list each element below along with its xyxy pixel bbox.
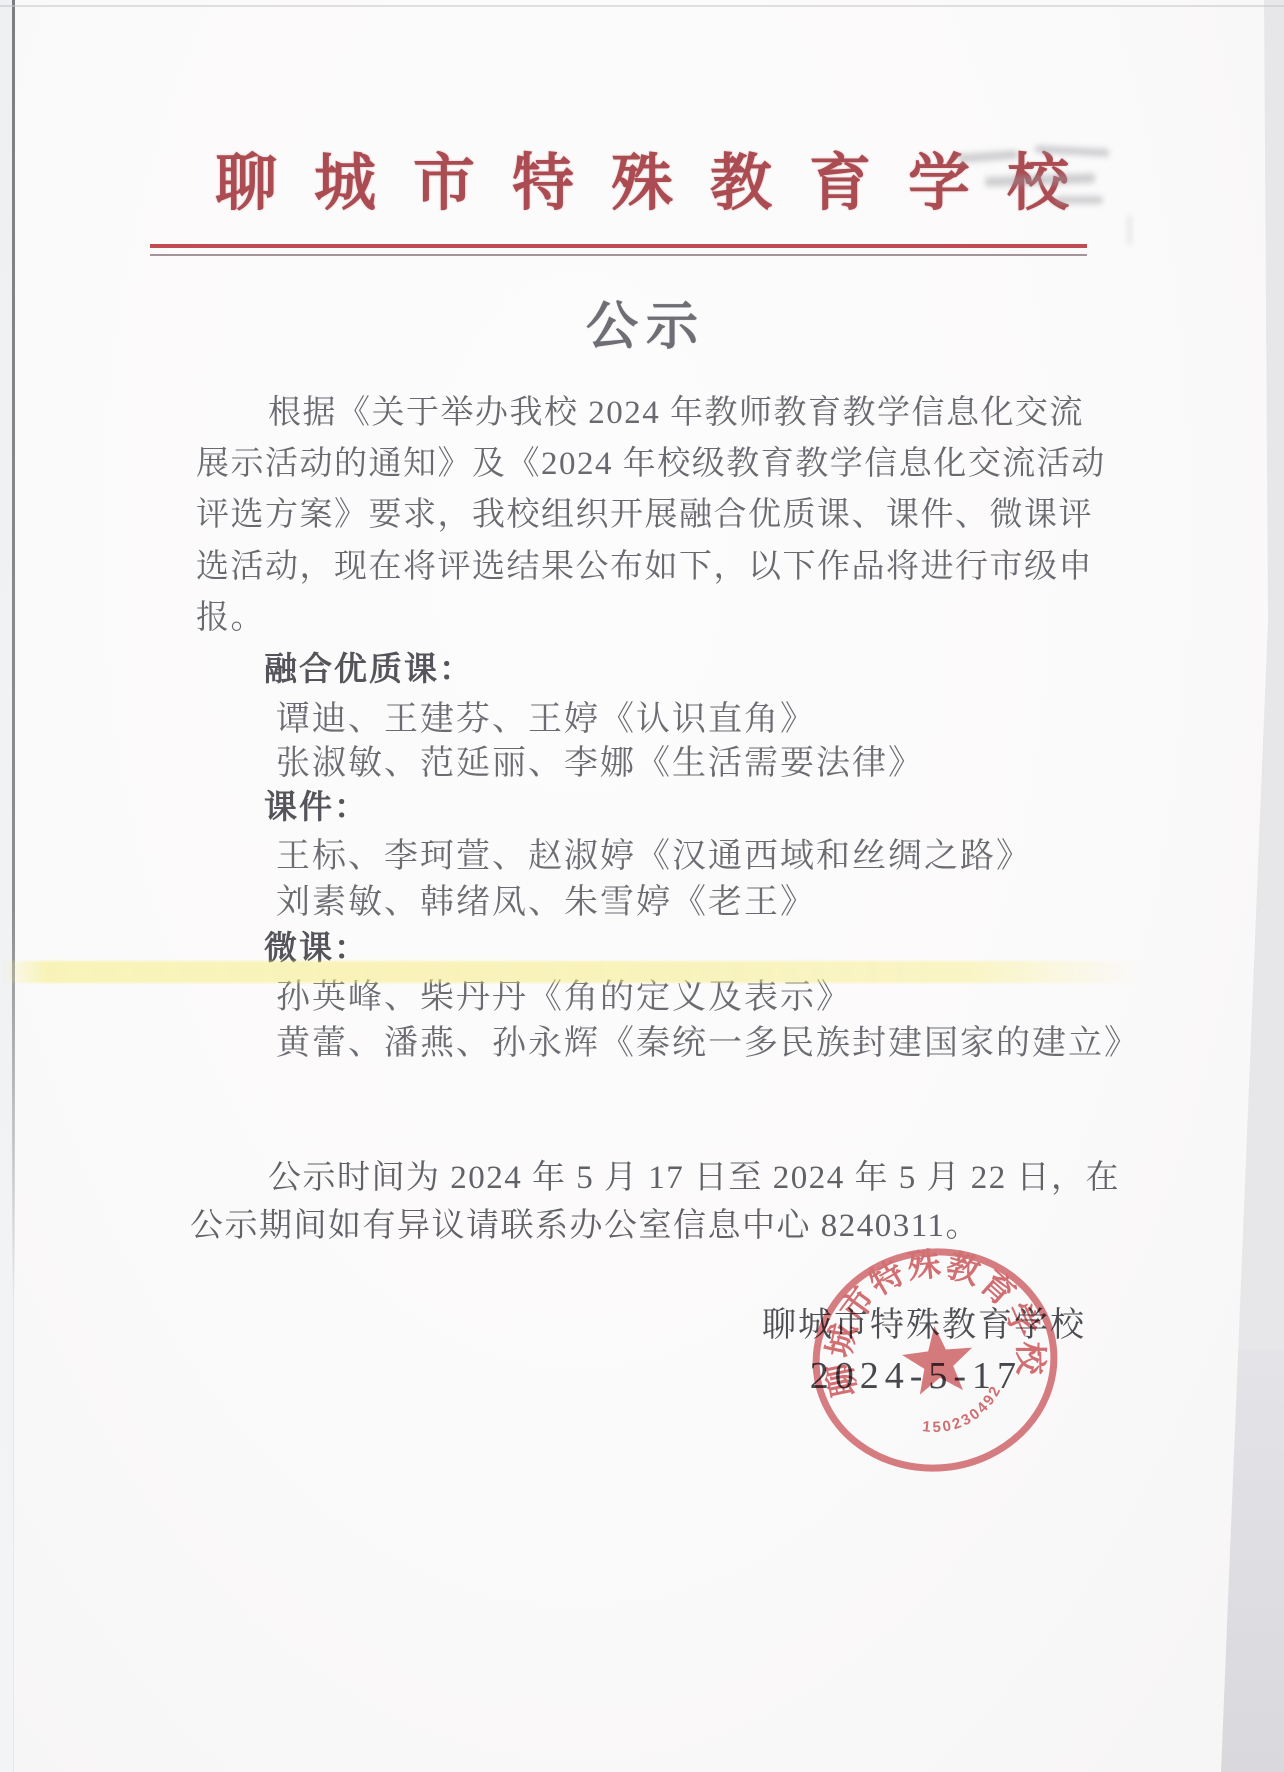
award-entry: 张淑敏、范延丽、李娜《生活需要法律》 xyxy=(276,743,1220,785)
letterhead-rule-red xyxy=(150,244,1087,248)
scan-smudge xyxy=(1055,196,1103,204)
intro-line: 选活动，现在将评选结果公布如下，以下作品将进行市级申 xyxy=(196,546,1140,588)
award-entry: 黄蕾、潘燕、孙永辉《秦统一多民族封建国家的建立》 xyxy=(276,1023,1220,1065)
intro-line: 评选方案》要求，我校组织开展融合优质课、课件、微课评 xyxy=(196,494,1140,536)
intro-line: 展示活动的通知》及《2024 年校级教育教学信息化交流活动 xyxy=(196,443,1140,485)
award-entry: 刘素敏、韩绪凤、朱雪婷《老王》 xyxy=(276,882,1220,924)
paper-top-edge xyxy=(0,5,1284,7)
scan-smudge xyxy=(1128,215,1131,245)
intro-line: 报。 xyxy=(196,597,1140,639)
scanned-notice-document: 聊城市特殊教育学校 公示 根据《关于举办我校 2024 年教师教育教学信息化交流… xyxy=(0,0,1284,1772)
closing-line: 公示时间为 2024 年 5 月 17 日至 2024 年 5 月 22 日，在 xyxy=(196,1157,1212,1199)
letterhead-school-name: 聊城市特殊教育学校 xyxy=(0,148,1284,220)
section-header-quality-course: 融合优质课： xyxy=(264,648,1208,690)
notice-title: 公示 xyxy=(0,296,1284,358)
award-entry: 王标、李珂萱、赵淑婷《汉通西域和丝绸之路》 xyxy=(276,836,1220,878)
letterhead-rule-gray xyxy=(150,254,1087,256)
award-entry: 孙英峰、柴丹丹《角的定义及表示》 xyxy=(276,977,1220,1019)
seal-star-icon xyxy=(899,1322,976,1396)
section-header-courseware: 课件： xyxy=(264,786,1208,828)
scan-highlight-streak xyxy=(0,961,1140,983)
award-entry: 谭迪、王建芬、王婷《认识直角》 xyxy=(276,699,1220,741)
intro-line: 根据《关于举办我校 2024 年教师教育教学信息化交流 xyxy=(196,392,1212,434)
official-seal-stamp: 聊城市特殊教育学校 3715023049261 xyxy=(798,1231,1073,1488)
